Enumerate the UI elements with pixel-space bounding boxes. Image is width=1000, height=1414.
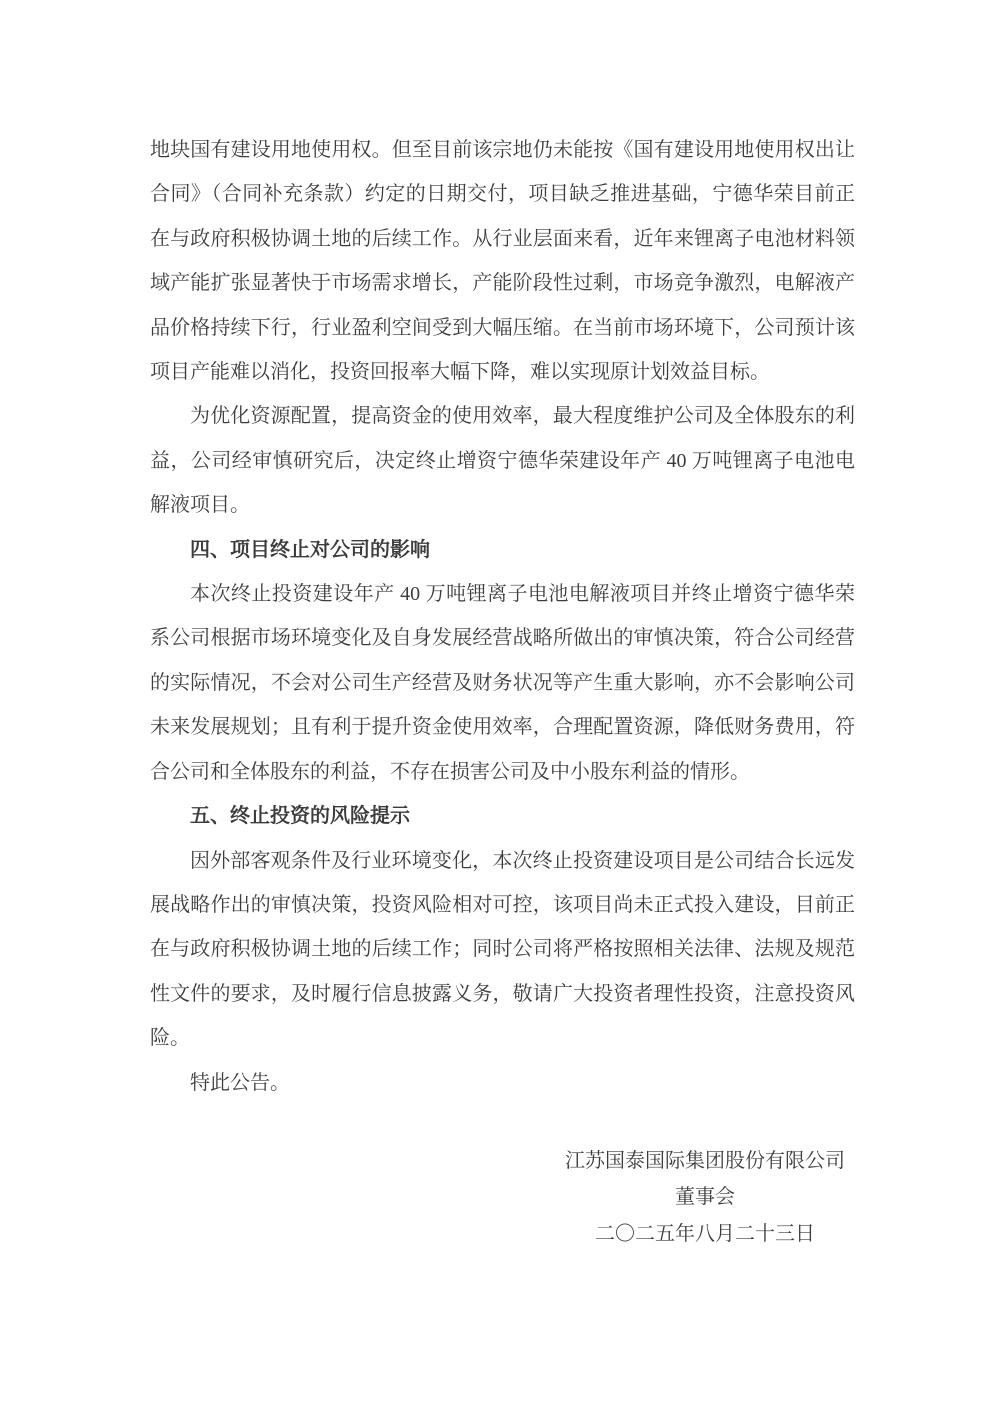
- body-line: 为优化资源配置，提高资金的使用效率，最大程度维护公司及全体股东的利: [150, 394, 855, 438]
- body-line: 展战略作出的审慎决策，投资风险相对可控，该项目尚未正式投入建设，目前正: [150, 883, 855, 927]
- signature-company: 江苏国泰国际集团股份有限公司: [555, 1143, 855, 1180]
- body-line: 益，公司经审慎研究后，决定终止增资宁德华荣建设年产 40 万吨锂离子电池电: [150, 439, 855, 483]
- body-line: 的实际情况，不会对公司生产经营及财务状况等产生重大影响，亦不会影响公司: [150, 661, 855, 705]
- signature-block: 江苏国泰国际集团股份有限公司 董事会 二〇二五年八月二十三日: [555, 1143, 855, 1253]
- body-line: 未来发展规划；且有利于提升资金使用效率，合理配置资源，降低财务费用，符: [150, 705, 855, 749]
- body-line: 在与政府积极协调土地的后续工作。从行业层面来看，近年来锂离子电池材料领: [150, 217, 855, 261]
- signature-board: 董事会: [555, 1179, 855, 1216]
- document-content: 地块国有建设用地使用权。但至目前该宗地仍未能按《国有建设用地使用权出让 合同》（…: [150, 128, 855, 1252]
- body-line: 解液项目。: [150, 483, 855, 527]
- section-heading-5: 五、终止投资的风险提示: [150, 794, 855, 838]
- body-line: 在与政府积极协调土地的后续工作；同时公司将严格按照相关法律、法规及规范: [150, 927, 855, 971]
- body-line: 性文件的要求，及时履行信息披露义务，敬请广大投资者理性投资，注意投资风: [150, 972, 855, 1016]
- body-line: 品价格持续下行，行业盈利空间受到大幅压缩。在当前市场环境下，公司预计该: [150, 306, 855, 350]
- body-line: 项目产能难以消化，投资回报率大幅下降，难以实现原计划效益目标。: [150, 350, 855, 394]
- paragraph-optimize-resources: 为优化资源配置，提高资金的使用效率，最大程度维护公司及全体股东的利 益，公司经审…: [150, 394, 855, 527]
- section-heading-4: 四、项目终止对公司的影响: [150, 528, 855, 572]
- body-line: 地块国有建设用地使用权。但至目前该宗地仍未能按《国有建设用地使用权出让: [150, 128, 855, 172]
- document-page: 地块国有建设用地使用权。但至目前该宗地仍未能按《国有建设用地使用权出让 合同》（…: [0, 0, 1000, 1414]
- body-line: 本次终止投资建设年产 40 万吨锂离子电池电解液项目并终止增资宁德华荣: [150, 572, 855, 616]
- body-line: 合公司和全体股东的利益，不存在损害公司及中小股东利益的情形。: [150, 750, 855, 794]
- body-line: 因外部客观条件及行业环境变化，本次终止投资建设项目是公司结合长远发: [150, 839, 855, 883]
- body-line: 系公司根据市场环境变化及自身发展经营战略所做出的审慎决策，符合公司经营: [150, 616, 855, 660]
- paragraph-impact: 本次终止投资建设年产 40 万吨锂离子电池电解液项目并终止增资宁德华荣 系公司根…: [150, 572, 855, 794]
- body-line: 险。: [150, 1016, 855, 1060]
- closing-line: 特此公告。: [150, 1061, 855, 1105]
- body-line: 域产能扩张显著快于市场需求增长，产能阶段性过剩，市场竞争激烈，电解液产: [150, 261, 855, 305]
- body-line: 合同》（合同补充条款）约定的日期交付，项目缺乏推进基础，宁德华荣目前正: [150, 172, 855, 216]
- paragraph-risk-notice: 因外部客观条件及行业环境变化，本次终止投资建设项目是公司结合长远发 展战略作出的…: [150, 839, 855, 1061]
- signature-date: 二〇二五年八月二十三日: [555, 1216, 855, 1253]
- paragraph-land-use-continued: 地块国有建设用地使用权。但至目前该宗地仍未能按《国有建设用地使用权出让 合同》（…: [150, 128, 855, 394]
